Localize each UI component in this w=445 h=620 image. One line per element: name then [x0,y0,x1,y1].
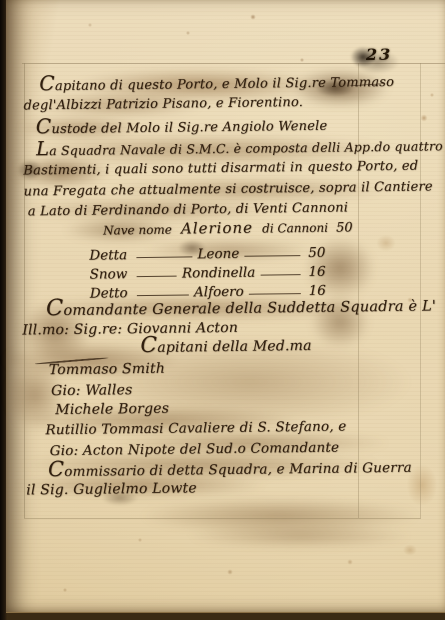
manuscript-line-3: Custode del Molo il Sig.re Angiolo Wenel… [36,116,328,138]
manuscript-line-2: degl'Albizzi Patrizio Pisano, e Fiorenti… [23,95,303,113]
manuscript-line-8: Comandante Generale della Suddetta Squad… [46,296,436,319]
fleet-header-row: Nave nome Alerione di Cannoni 50 [103,217,325,239]
fleet-header-prefix: Nave nome [103,223,172,238]
manuscript-text: Capitano di questo Porto, e Molo il Sig.… [2,0,445,615]
fleet-list: Nave nome Alerione di Cannoni 50 Detta L… [89,217,326,302]
manuscript-line-12: Gio: Walles [51,382,133,399]
manuscript-scan: 23 Capitano di questo Porto, e Molo il S… [0,0,445,620]
fleet-row-guns: 16 [306,264,326,280]
fleet-header-ship-name: Alerione [181,219,253,238]
ink-dash-leader [244,255,300,257]
fleet-row-label: Detto [90,285,132,302]
fleet-header-guns: 50 [336,220,353,235]
manuscript-line-11: Tommaso Smith [49,361,165,378]
fleet-row-label: Snow [90,266,132,283]
manuscript-line-16: Commissario di detta Squadra, e Marina d… [48,458,412,480]
fleet-row-guns: 16 [306,283,326,299]
ink-dash-leader [137,276,177,277]
manuscript-line-14: Rutillio Tommasi Cavaliere di S. Stefano… [45,419,346,439]
ink-dash-leader [260,274,300,275]
manuscript-line-5: Bastimenti, i quali sono tutti disarmati… [23,159,418,179]
manuscript-line-6: una Fregata che attualmente si costruisc… [24,179,433,199]
fleet-row-ship-name: Rondinella [182,265,256,282]
manuscript-page: 23 Capitano di questo Porto, e Molo il S… [6,0,445,613]
manuscript-line-10: Capitani della Med.ma [140,336,311,356]
fleet-row-ship-name: Leone [197,246,239,263]
manuscript-line-15: Gio: Acton Nipote del Sud.o Comandante [50,440,340,460]
fleet-row-label: Detta [89,247,131,264]
manuscript-line-9: Ill.mo: Sig.re: Giovanni Acton [22,320,238,339]
ink-dash-leader [249,293,301,295]
fleet-row-guns: 50 [305,245,325,261]
manuscript-line-1: Capitano di questo Porto, e Molo il Sig.… [39,72,394,94]
manuscript-line-4: La Squadra Navale di S.M.C. è composta d… [36,137,443,158]
manuscript-line-17: il Sig. Guglielmo Lowte [26,480,197,498]
manuscript-line-13: Michele Borges [55,401,169,418]
ink-dash-leader [136,256,192,258]
ink-dash-leader [137,294,189,296]
fleet-header-guns-label: di Cannoni [262,221,328,236]
